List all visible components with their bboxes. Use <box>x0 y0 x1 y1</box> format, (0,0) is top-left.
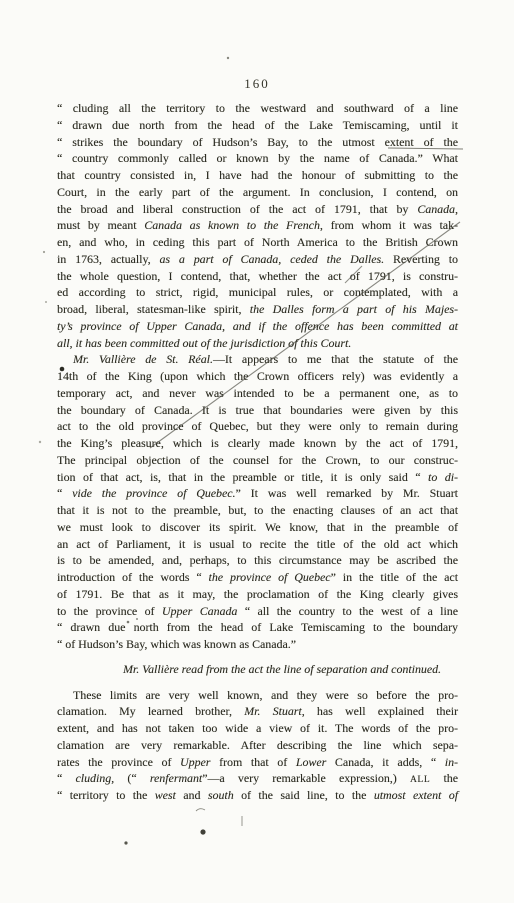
text-line: “ drawn due north from the head of the L… <box>57 117 458 134</box>
section-heading: Mr. Vallière read from the act the line … <box>57 661 458 678</box>
text-line: en, and who, in ceding this part of Nort… <box>57 234 458 251</box>
text-line: we must look to discover its spirit. We … <box>57 519 458 536</box>
text-segment: renfermant <box>150 771 202 785</box>
text-line: These limits are very well known, and th… <box>57 687 458 704</box>
text-line: clamation. My learned brother, Mr. Stuar… <box>57 703 458 720</box>
text-segment: “ <box>57 486 72 500</box>
text-line: Mr. Vallière read from the act the line … <box>57 661 458 678</box>
text-segment: , has well explained their <box>302 704 458 718</box>
text-segment: vide the province of Quebec. <box>72 486 235 500</box>
text-segment: as a part of Canada, ceded the Dalles. <box>159 252 384 266</box>
paragraph: These limits are very well known, and th… <box>57 687 458 804</box>
text-segment: Canada as known to the French <box>144 218 320 232</box>
text-segment: 14th of the King (upon which the Crown o… <box>57 369 458 383</box>
text-segment: “ country commonly called or known by th… <box>57 151 458 165</box>
text-line: Court, in the early part of the argument… <box>57 184 458 201</box>
text-segment: in- <box>445 755 458 769</box>
text-line: is to be amended, and, perhaps, to this … <box>57 552 458 569</box>
text-segment: and <box>176 788 208 802</box>
text-segment: cluding, <box>76 771 115 785</box>
text-line: of 1791. Be that as it may, the proclama… <box>57 586 458 603</box>
ink-speck <box>227 57 229 59</box>
text-segment: , <box>455 202 458 216</box>
text-segment: Reverting to <box>384 252 458 266</box>
text-segment: “ territory to the <box>57 788 155 802</box>
text-segment: must by meant <box>57 218 144 232</box>
text-line: the broad and liberal construction of th… <box>57 201 458 218</box>
text-segment: Upper <box>180 755 210 769</box>
text-segment: tion of that act, is, that in the preamb… <box>57 470 428 484</box>
page-number: 160 <box>57 76 457 92</box>
text-segment: “ <box>57 771 76 785</box>
text-segment: clamation are very remarkable. After des… <box>57 738 458 752</box>
text-line: “ territory to the west and south of the… <box>57 787 458 804</box>
text-segment: ALL <box>410 775 430 785</box>
text-segment: broad, liberal, statesman-like spirit, <box>57 302 250 316</box>
text-segment: the Dalles form a part of his Majes- <box>250 302 458 316</box>
text-segment: (“ <box>114 771 150 785</box>
text-line: “ strikes the boundary of Hudson’s Bay, … <box>57 134 458 151</box>
text-line: clamation are very remarkable. After des… <box>57 737 458 754</box>
text-segment: utmost extent of <box>374 788 458 802</box>
text-segment: of the said line, to the <box>234 788 374 802</box>
text-segment: ”—a very remarkable expression,) <box>202 771 410 785</box>
text-segment: Upper Canada <box>162 604 237 618</box>
ink-speck <box>45 301 47 303</box>
text-line: act to the old province of Quebec, but t… <box>57 418 458 435</box>
text-segment: the province of Quebec <box>209 570 331 584</box>
text-segment: extent, and has not taken too wide a vie… <box>57 721 458 735</box>
text-segment: en, and who, in ceding this part of Nort… <box>57 235 458 249</box>
text-line: rates the province of Upper from that of… <box>57 754 458 771</box>
text-segment: rates the province of <box>57 755 180 769</box>
text-line: the King’s pleasure, which is clearly ma… <box>57 435 458 452</box>
text-line: “ cluding, (“ renfermant”—a very remarka… <box>57 770 458 787</box>
text-segment: act to the old province of Quebec, but t… <box>57 419 458 433</box>
text-segment: from that of <box>210 755 295 769</box>
text-line: “ country commonly called or known by th… <box>57 150 458 167</box>
text-segment: “ drawn due north from the head of Lake … <box>57 620 458 634</box>
text-segment: “ cluding all the territory to the westw… <box>57 101 458 115</box>
text-segment: the King’s pleasure, which is clearly ma… <box>57 436 458 450</box>
text-line: tion of that act, is, that in the preamb… <box>57 469 458 486</box>
text-segment: Mr. Vallière de St. Réal. <box>73 352 213 366</box>
ink-squiggle <box>196 809 205 811</box>
ink-speck <box>39 441 41 443</box>
text-line: “ vide the province of Quebec.” It was w… <box>57 485 458 502</box>
text-segment: an act of Parliament, it is usual to rec… <box>57 537 458 551</box>
text-line: the whole question, I contend, that, whe… <box>57 268 458 285</box>
text-line: “ drawn due north from the head of Lake … <box>57 619 458 636</box>
ink-speck <box>124 841 127 844</box>
text-line: ty’s province of Upper Canada, and if th… <box>57 318 458 335</box>
text-segment: all, it has been committed out of the ju… <box>57 336 351 350</box>
text-segment: that country consisted in, I have had th… <box>57 168 458 182</box>
text-segment: , from whom it was tak- <box>320 218 458 232</box>
text-segment: to the province of <box>57 604 162 618</box>
text-segment: These limits are very well known, and th… <box>73 688 458 702</box>
text-line: in 1763, actually, as a part of Canada, … <box>57 251 458 268</box>
text-segment: —It appears to me that the statute of th… <box>213 352 458 366</box>
text-segment: ty’s province of Upper Canada, and if th… <box>57 319 458 333</box>
text-segment: we must look to discover its spirit. We … <box>57 520 458 534</box>
text-line: that it is not to the preamble, but, to … <box>57 502 458 519</box>
text-segment: the whole question, I contend, that, whe… <box>57 269 458 283</box>
text-line: all, it has been committed out of the ju… <box>57 335 458 352</box>
text-segment: “ all the country to the west of a line <box>237 604 458 618</box>
text-line: extent, and has not taken too wide a vie… <box>57 720 458 737</box>
text-segment: Mr. Stuart <box>244 704 302 718</box>
text-line: must by meant Canada as known to the Fre… <box>57 217 458 234</box>
text-segment: in 1763, actually, <box>57 252 159 266</box>
text-segment: to di- <box>428 470 458 484</box>
text-segment: “ drawn due north from the head of the L… <box>57 118 458 132</box>
text-segment: Lower <box>296 755 326 769</box>
text-segment: the <box>430 771 458 785</box>
text-line: Mr. Vallière de St. Réal.—It appears to … <box>57 351 458 368</box>
text-line: “ of Hudson’s Bay, which was known as Ca… <box>57 636 458 653</box>
text-segment: is to be amended, and, perhaps, to this … <box>57 553 458 567</box>
ink-speck <box>43 251 45 253</box>
text-line: “ cluding all the territory to the westw… <box>57 100 458 117</box>
paragraph: Mr. Vallière de St. Réal.—It appears to … <box>57 351 458 653</box>
text-line: broad, liberal, statesman-like spirit, t… <box>57 301 458 318</box>
text-line: 14th of the King (upon which the Crown o… <box>57 368 458 385</box>
text-segment: south <box>208 788 234 802</box>
text-segment: The principal objection of the counsel f… <box>57 453 458 467</box>
text-segment: ” in the title of the act <box>331 570 458 584</box>
paragraph: “ cluding all the territory to the westw… <box>57 100 458 351</box>
text-line: temporary act, and never was intended to… <box>57 385 458 402</box>
text-segment: Canada <box>417 202 455 216</box>
text-segment: Mr. Vallière read from the act the line … <box>123 662 441 676</box>
text-segment: west <box>155 788 176 802</box>
text-segment: clamation. My learned brother, <box>57 704 244 718</box>
text-line: The principal objection of the counsel f… <box>57 452 458 469</box>
text-segment: ed according to strict, rigid, municipal… <box>57 285 458 299</box>
scanned-page: 160 “ cluding all the territory to the w… <box>0 0 514 903</box>
ink-blot <box>200 829 205 834</box>
text-block: “ cluding all the territory to the westw… <box>57 100 458 804</box>
text-line: ed according to strict, rigid, municipal… <box>57 284 458 301</box>
text-segment: introduction of the words “ <box>57 570 209 584</box>
text-segment: of 1791. Be that as it may, the proclama… <box>57 587 458 601</box>
text-line: the boundary of Canada. It is true that … <box>57 402 458 419</box>
text-segment: “ of Hudson’s Bay, which was known as Ca… <box>57 637 296 651</box>
text-segment: that it is not to the preamble, but, to … <box>57 503 458 517</box>
text-segment: “ strikes the boundary of Hudson’s Bay, … <box>57 135 458 149</box>
text-segment: the boundary of Canada. It is true that … <box>57 403 458 417</box>
text-line: that country consisted in, I have had th… <box>57 167 458 184</box>
text-segment: ” It was well remarked by Mr. Stuart <box>236 486 458 500</box>
text-segment: temporary act, and never was intended to… <box>57 386 458 400</box>
text-segment: Canada, it adds, “ <box>326 755 445 769</box>
text-segment: Court, in the early part of the argument… <box>57 185 458 199</box>
text-segment: the broad and liberal construction of th… <box>57 202 417 216</box>
text-line: to the province of Upper Canada “ all th… <box>57 603 458 620</box>
text-line: introduction of the words “ the province… <box>57 569 458 586</box>
text-line: an act of Parliament, it is usual to rec… <box>57 536 458 553</box>
